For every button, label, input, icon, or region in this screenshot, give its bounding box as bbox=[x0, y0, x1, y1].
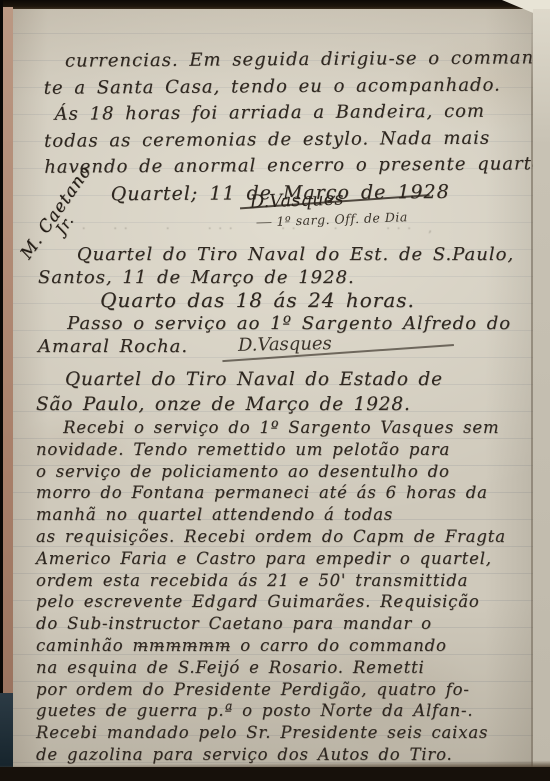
handwritten-line: ordem esta recebida ás 21 e 50' transmit… bbox=[36, 570, 506, 592]
handwritten-line: morro do Fontana permaneci até ás 6 hora… bbox=[36, 482, 506, 504]
ink-specks: · ·· · ··· ·· · ··· , bbox=[82, 222, 512, 235]
handwritten-line: o serviço de policiamento ao desentulho … bbox=[36, 461, 506, 483]
log-entry-previous-quarter: currencias. Em seguida dirigiu-se o comm… bbox=[43, 45, 550, 208]
signature-vasques: D.Vasques bbox=[249, 188, 344, 212]
handwritten-line: Americo Faria e Castro para empedir o qu… bbox=[36, 548, 506, 570]
handwritten-line: por ordem do Presidente Perdigão, quatro… bbox=[36, 679, 506, 701]
handwritten-line: Recebi mandado pelo Sr. Presidente seis … bbox=[36, 722, 506, 744]
handwritten-line: Santos, 11 de Março de 1928. bbox=[38, 266, 514, 289]
signature-block-entry-2: D.Vasques bbox=[238, 333, 332, 356]
logbook-photo: currencias. Em seguida dirigiu-se o comm… bbox=[0, 0, 550, 781]
handwritten-line: Recebi o serviço do 1º Sargento Vasques … bbox=[36, 417, 506, 439]
handwritten-line: as requisições. Recebi ordem do Capm de … bbox=[36, 526, 506, 548]
signature-vasques-2: D.Vasques bbox=[238, 333, 332, 356]
book-top-edge bbox=[0, 0, 550, 9]
handwritten-line: guetes de guerra p.ª o posto Norte da Al… bbox=[36, 700, 506, 722]
handwritten-line: São Paulo, onze de Março de 1928. bbox=[36, 393, 506, 418]
page-stack-edge bbox=[3, 7, 13, 769]
log-entry-11-march: Quartel do Tiro Naval do Estado deSão Pa… bbox=[36, 368, 506, 766]
handwritten-line: na esquina de S.Feijó e Rosario. Remetti bbox=[36, 657, 506, 679]
handwritten-line: te a Santa Casa, tendo eu o acompanhado. bbox=[44, 72, 550, 102]
adjacent-page-margin bbox=[533, 9, 550, 768]
page-crease-line bbox=[531, 9, 533, 767]
handwritten-line: Passo o serviço ao 1º Sargento Alfredo d… bbox=[38, 312, 514, 335]
handwritten-line: Quartel do Tiro Naval do Est. de S.Paulo… bbox=[38, 243, 514, 266]
handwritten-line: caminhão m̶m̶m̶m̶m̶m̶ o carro do command… bbox=[36, 635, 506, 657]
binding-corner bbox=[0, 693, 13, 768]
handwritten-line: Quartel do Tiro Naval do Estado de bbox=[36, 368, 506, 393]
handwritten-line: Ás 18 horas foi arriada a Bandeira, com bbox=[44, 98, 550, 128]
handwritten-line: manhã no quartel attendendo á todas bbox=[36, 504, 506, 526]
handwritten-line: Quarto das 18 ás 24 horas. bbox=[38, 289, 514, 312]
notebook-page: currencias. Em seguida dirigiu-se o comm… bbox=[10, 7, 550, 768]
handwritten-line: currencias. Em seguida dirigiu-se o comm… bbox=[43, 45, 549, 75]
handwritten-line: novidade. Tendo remettido um pelotão par… bbox=[36, 439, 506, 461]
book-bottom-edge bbox=[0, 767, 550, 781]
handwritten-line: do Sub-instructor Caetano para mandar o bbox=[36, 613, 506, 635]
handwritten-line: pelo escrevente Edgard Guimarães. Requis… bbox=[36, 591, 506, 613]
